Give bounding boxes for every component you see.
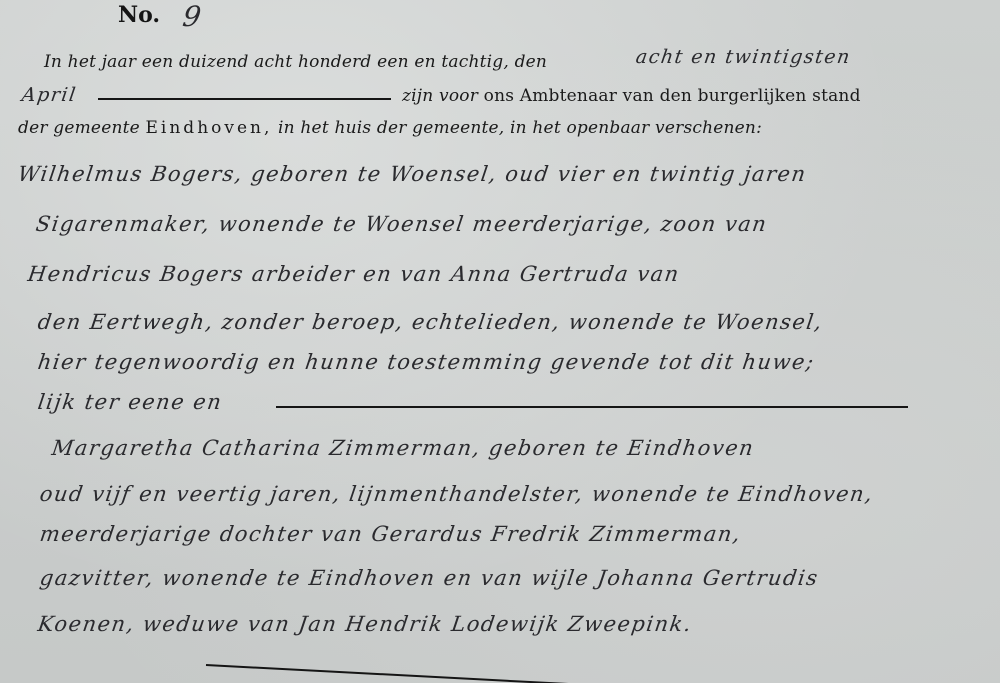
handwritten-line-11: Koenen, weduwe van Jan Hendrik Lodewijk … (36, 612, 694, 636)
printed-line-1: In het jaar een duizend acht honderd een… (44, 52, 547, 72)
closing-rule (206, 664, 626, 683)
handwritten-line-8: oud vijf en veertig jaren, lijnmenthande… (38, 482, 875, 506)
civil-registry-marriage-record: No. 9 In het jaar een duizend acht honde… (0, 0, 1000, 683)
printed-city-name: Eindhoven, (146, 118, 273, 138)
printed-line-3: der gemeente Eindhoven, in het huis der … (18, 118, 762, 138)
handwritten-line-9: meerderjarige dochter van Gerardus Fredr… (38, 522, 743, 546)
blank-fill-rule-2 (276, 406, 908, 408)
printed-year-text: In het jaar een duizend acht honderd een… (44, 52, 547, 72)
printed-zijn-voor: zijn voor (402, 86, 478, 106)
handwritten-date-month: April (20, 84, 78, 106)
printed-line-2: zijn voor ons Ambtenaar van den burgerli… (402, 86, 861, 106)
printed-der-gemeente: der gemeente (18, 118, 140, 138)
handwritten-line-4: den Eertwegh, zonder beroep, echtelieden… (36, 310, 824, 334)
printed-openbaar: in het huis der gemeente, in het openbaa… (278, 118, 762, 138)
handwritten-date-day: acht en twintigsten (634, 46, 852, 68)
handwritten-line-6: lijk ter eene en (36, 390, 224, 414)
record-number-label: No. (118, 2, 160, 28)
handwritten-line-10: gazvitter, wonende te Eindhoven en van w… (38, 566, 820, 590)
blank-fill-rule-1 (98, 98, 391, 100)
handwritten-line-3: Hendricus Bogers arbeider en van Anna Ge… (26, 262, 681, 286)
handwritten-line-7: Margaretha Catharina Zimmerman, geboren … (50, 436, 756, 460)
record-number-value: 9 (181, 0, 205, 33)
handwritten-line-1: Wilhelmus Bogers, geboren te Woensel, ou… (16, 162, 808, 186)
printed-ambtenaar: ons Ambtenaar van den burgerlijken stand (484, 86, 861, 106)
handwritten-line-5: hier tegenwoordig en hunne toestemming g… (36, 350, 816, 374)
handwritten-line-2: Sigarenmaker, wonende te Woensel meerder… (34, 212, 769, 236)
